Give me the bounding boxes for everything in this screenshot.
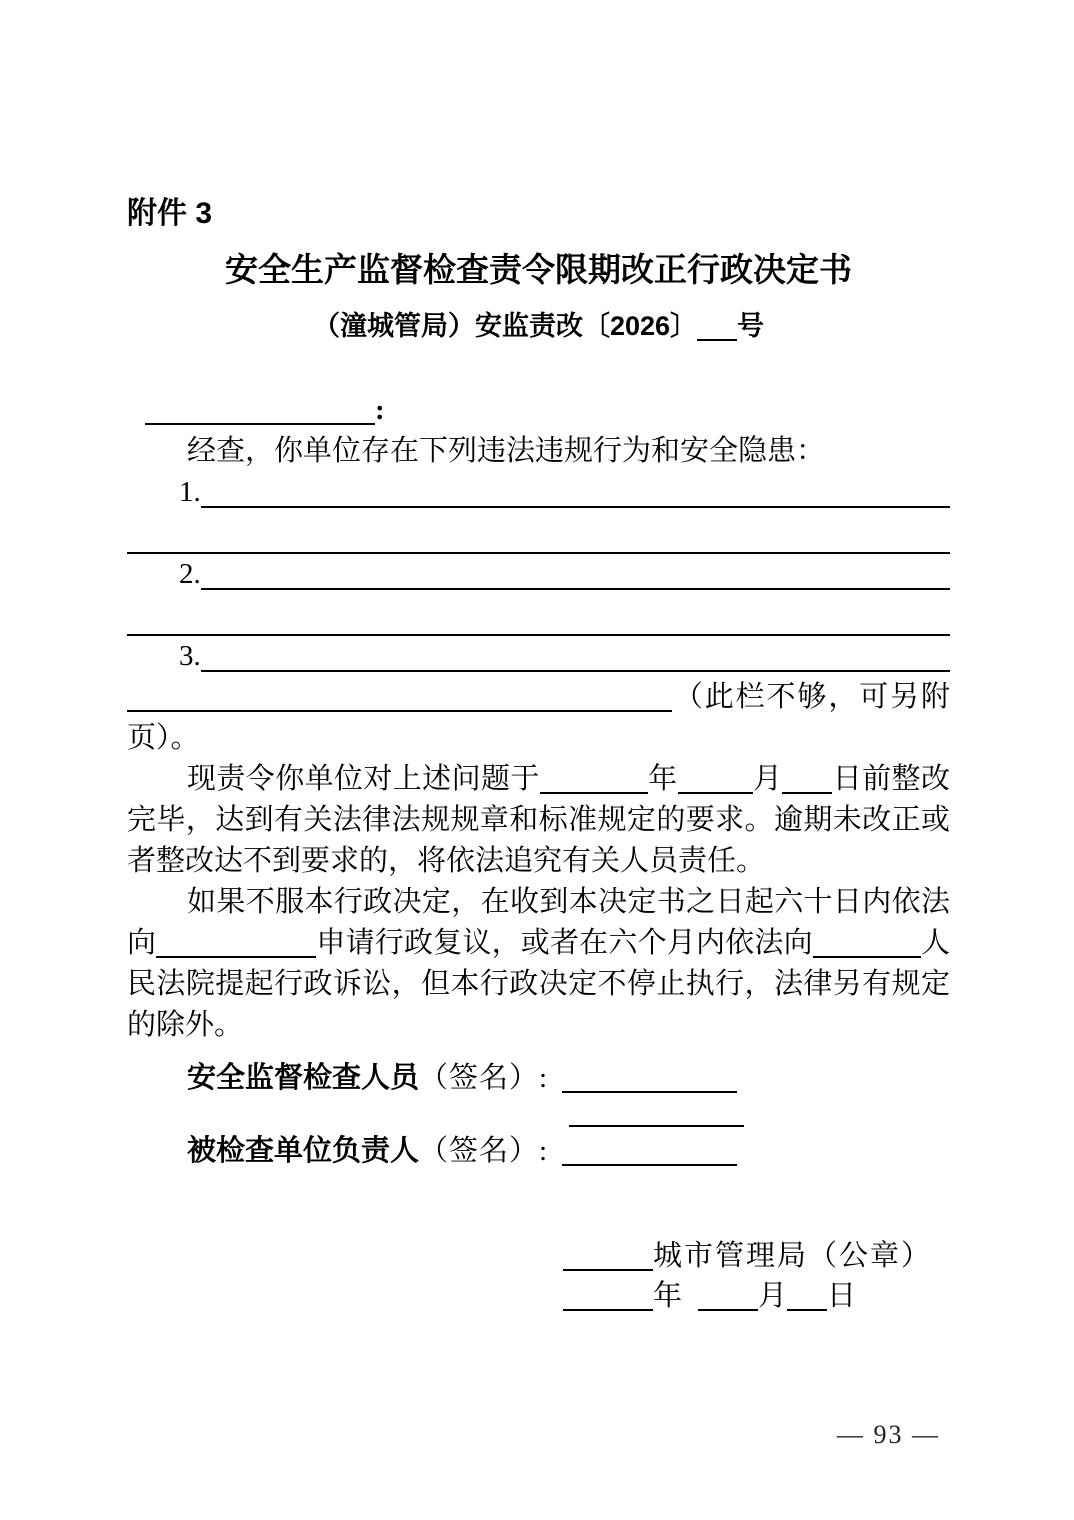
- year-blank-field: [540, 790, 648, 794]
- stamp-month-blank-field: [698, 1307, 758, 1311]
- stamp-block: 城市管理局（公章） 年月日: [563, 1236, 950, 1316]
- item-2-blank-field: [201, 554, 950, 590]
- overflow-note-head: （此栏不够，可另附: [672, 681, 950, 713]
- addressee-blank-field: [145, 421, 375, 425]
- item-1-continuation-line: [127, 513, 950, 554]
- order-paragraph-line-2: 完毕，达到有关法律法规规章和标准规定的要求。逾期未改正或: [127, 800, 950, 841]
- order-paragraph-line-1: 现责令你单位对上述问题于年月日前整改: [127, 759, 950, 800]
- document-content: 附件 3 安全生产监督检查责令限期改正行政决定书 （潼城管局）安监责改〔2026…: [127, 0, 950, 1316]
- inspected-signature-row: 被检查单位负责人（签名）:: [127, 1131, 950, 1172]
- intro-paragraph: 经查，你单位存在下列违法违规行为和安全隐患：: [127, 431, 950, 472]
- order-paragraph-line-3: 者整改达不到要求的，将依法追究有关人员责任。: [127, 841, 950, 882]
- item-3-blank-field: [201, 636, 950, 672]
- inspected-signature-blank-field: [562, 1162, 737, 1166]
- month-blank-field: [678, 790, 753, 794]
- agency-name-blank-field: [563, 1267, 653, 1271]
- order-text-2: 日前整改: [832, 763, 950, 795]
- agency-label: 城市管理局（公章）: [653, 1240, 932, 1272]
- violation-item-3: 3.: [127, 636, 950, 677]
- item-2-number: 2.: [179, 554, 201, 595]
- stamp-day-blank-field: [787, 1307, 827, 1311]
- item-1-blank-field: [201, 472, 950, 508]
- stamp-day-label: 日: [827, 1280, 856, 1312]
- item-1-number: 1.: [179, 472, 201, 513]
- document-number-blank-field: [697, 337, 737, 341]
- attachment-label: 附件 3: [127, 198, 950, 230]
- appeal-paragraph-line-2: 向申请行政复议，或者在六个月内依法向人: [127, 923, 950, 964]
- appeal-paragraph-line-1: 如果不服本行政决定，在收到本决定书之日起六十日内依法: [127, 882, 950, 923]
- appeal-text-3: 人: [921, 927, 950, 959]
- page-number: — 93 —: [837, 1420, 940, 1450]
- inspected-sign-note: （签名）:: [419, 1135, 548, 1167]
- item-3-number: 3.: [179, 636, 201, 677]
- order-month-label: 月: [753, 763, 783, 795]
- inspected-label: 被检查单位负责人: [187, 1135, 419, 1167]
- document-number-suffix: 号: [737, 311, 764, 341]
- item-3-continuation-blank-field: [127, 708, 672, 712]
- order-year-label: 年: [648, 763, 678, 795]
- order-text-1: 现责令你单位对上述问题于: [187, 763, 540, 795]
- stamp-agency-row: 城市管理局（公章）: [563, 1236, 950, 1276]
- document-title: 安全生产监督检查责令限期改正行政决定书: [127, 250, 950, 290]
- violation-item-2: 2.: [127, 554, 950, 595]
- violation-item-1: 1.: [127, 472, 950, 513]
- item-2-continuation-line: [127, 595, 950, 636]
- appeal-paragraph-line-4: 的除外。: [127, 1005, 950, 1046]
- overflow-note-line: （此栏不够，可另附: [127, 677, 950, 718]
- day-blank-field: [782, 790, 832, 794]
- appeal-paragraph-line-3: 民法院提起行政诉讼，但本行政决定不停止执行，法律另有规定: [127, 964, 950, 1005]
- inspector-sign-note: （签名）:: [419, 1062, 548, 1094]
- document-number-prefix: （潼城管局）安监责改〔2026〕: [313, 311, 697, 341]
- document-number: （潼城管局）安监责改〔2026〕号: [127, 310, 950, 342]
- addressee-colon: :: [375, 394, 385, 426]
- inspector-signature-extra-blank-field: [569, 1105, 744, 1127]
- inspector-signature-blank-field: [562, 1089, 737, 1093]
- stamp-year-label: 年: [653, 1280, 682, 1312]
- stamp-month-label: 月: [758, 1280, 787, 1312]
- overflow-note-tail: 页）。: [127, 718, 950, 759]
- review-authority-blank-field: [156, 954, 316, 958]
- appeal-text-1: 向: [127, 927, 156, 959]
- court-blank-field: [813, 954, 921, 958]
- addressee-line: :: [127, 390, 950, 431]
- appeal-text-2: 申请行政复议，或者在六个月内依法向: [316, 927, 813, 959]
- inspector-label: 安全监督检查人员: [187, 1062, 419, 1094]
- stamp-year-blank-field: [563, 1307, 653, 1311]
- inspector-signature-row: 安全监督检查人员（签名）:: [127, 1058, 950, 1099]
- document-page: 附件 3 安全生产监督检查责令限期改正行政决定书 （潼城管局）安监责改〔2026…: [0, 0, 1074, 1520]
- stamp-date-row: 年月日: [563, 1276, 950, 1316]
